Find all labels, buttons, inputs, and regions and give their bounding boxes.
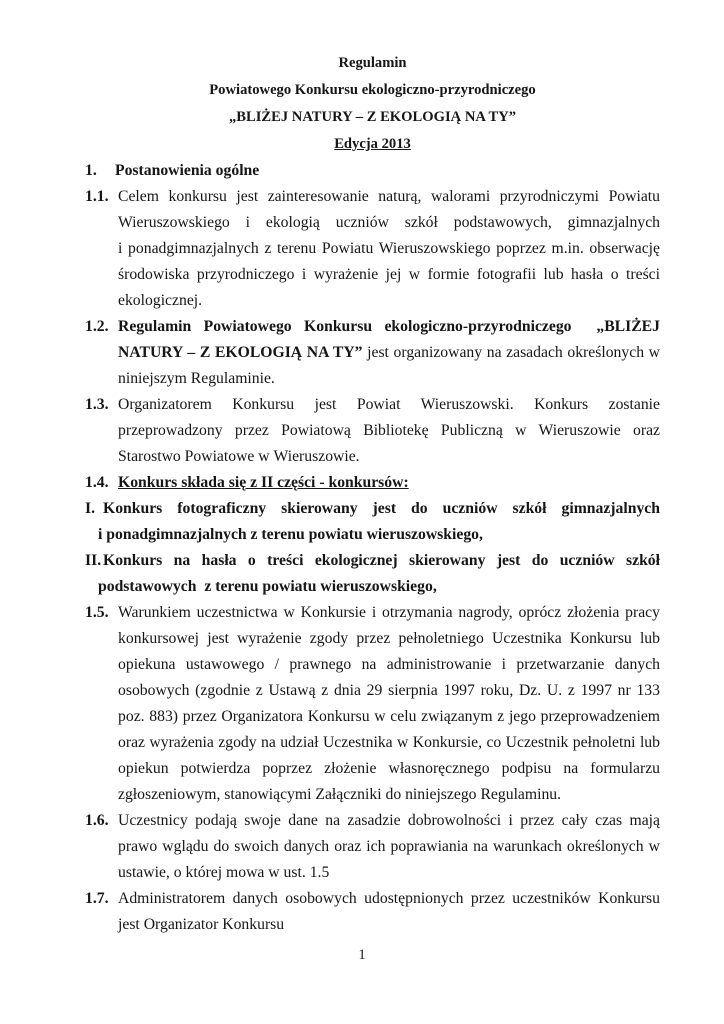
list-item-ii: II.Konkurs na hasła o treści ekologiczne… [85, 548, 660, 600]
item-list: 1.1.Celem konkursu jest zainteresowanie … [85, 184, 660, 938]
title-line-1: Regulamin [85, 50, 660, 77]
item-marker: 1.2. [85, 314, 118, 340]
item-text: Administratorem danych osobowych udostęp… [118, 890, 660, 933]
item-text: Konkurs składa się z II części - konkurs… [118, 474, 409, 491]
document-page: RegulaminPowiatowego Konkursu ekologiczn… [0, 0, 724, 1024]
section-heading: 1.Postanowienia ogólne [85, 158, 660, 184]
list-item-1-7: 1.7.Administratorem danych osobowych udo… [85, 886, 660, 938]
item-marker: 1.3. [85, 392, 118, 418]
list-item-1-4: 1.4.Konkurs składa się z II części - kon… [85, 470, 660, 496]
list-item-1-1: 1.1.Celem konkursu jest zainteresowanie … [85, 184, 660, 314]
item-marker: 1.1. [85, 184, 118, 210]
page-number: 1 [0, 946, 724, 964]
item-text: Konkurs fotograficzny skierowany jest do… [98, 500, 660, 543]
item-marker: 1.4. [85, 470, 118, 496]
document-title-block: RegulaminPowiatowego Konkursu ekologiczn… [85, 50, 660, 158]
item-text: Organizatorem Konkursu jest Powiat Wieru… [118, 396, 660, 465]
title-line-4: Edycja 2013 [85, 131, 660, 158]
item-marker: II. [85, 548, 103, 574]
list-item-1-3: 1.3.Organizatorem Konkursu jest Powiat W… [85, 392, 660, 470]
list-item-1-2: 1.2.Regulamin Powiatowego Konkursu ekolo… [85, 314, 660, 392]
item-text: Konkurs na hasła o treści ekologicznej s… [98, 552, 660, 595]
title-line-3: „BLIŻEJ NATURY – Z EKOLOGIĄ NA TY” [85, 104, 660, 131]
title-line-2: Powiatowego Konkursu ekologiczno-przyrod… [85, 77, 660, 104]
list-item-1-6: 1.6.Uczestnicy podają swoje dane na zasa… [85, 808, 660, 886]
item-marker: 1.6. [85, 808, 118, 834]
item-text: Warunkiem uczestnictwa w Konkursie i otr… [118, 604, 660, 803]
section-heading-text: Postanowienia ogólne [115, 162, 259, 179]
list-item-i: I.Konkurs fotograficzny skierowany jest … [85, 496, 660, 548]
item-text: Celem konkursu jest zainteresowanie natu… [118, 188, 660, 309]
item-marker: 1.7. [85, 886, 118, 912]
item-text: Uczestnicy podają swoje dane na zasadzie… [118, 812, 660, 881]
section-heading-number: 1. [85, 158, 115, 184]
item-marker: 1.5. [85, 600, 118, 626]
list-item-1-5: 1.5.Warunkiem uczestnictwa w Konkursie i… [85, 600, 660, 808]
item-marker: I. [85, 496, 103, 522]
document-content: RegulaminPowiatowego Konkursu ekologiczn… [85, 50, 660, 938]
